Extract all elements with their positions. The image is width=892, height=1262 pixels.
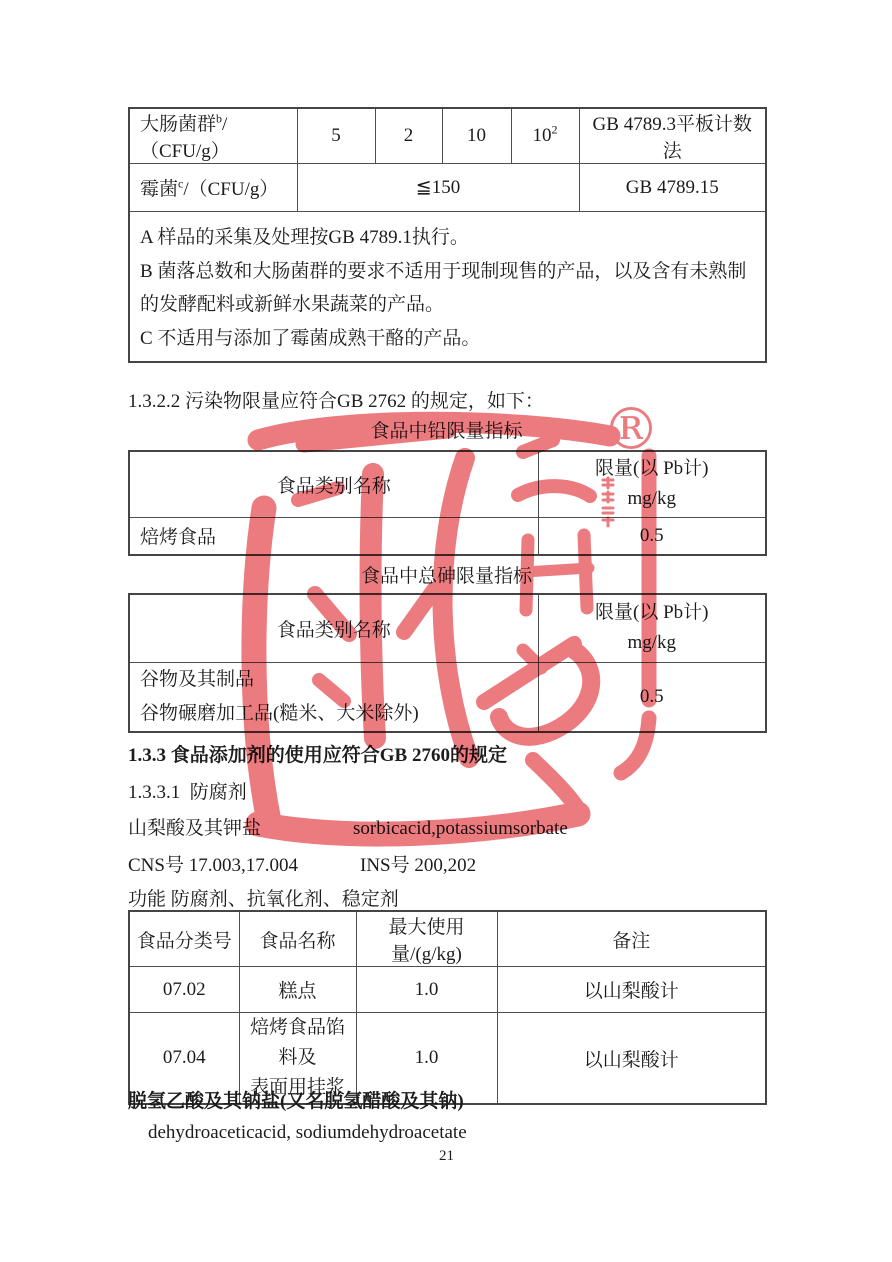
lead-table-title: 食品中铅限量指标 <box>128 416 765 443</box>
table-row: 大肠菌群b/（CFU/g） 5 2 10 102 GB 4789.3平板计数法 <box>129 108 766 164</box>
micro-row2-method: GB 4789.15 <box>579 164 766 212</box>
document-page: 大肠菌群b/（CFU/g） 5 2 10 102 GB 4789.3平板计数法 … <box>0 0 892 1262</box>
micro-row1-M-cell: 102 <box>511 108 579 164</box>
usage-row1-note: 以山梨酸计 <box>497 967 766 1013</box>
table-row: 07.02 糕点 1.0 以山梨酸计 <box>129 967 766 1013</box>
micro-note-b: B 菌落总数和大肠菌群的要求不适用于现制现售的产品，以及含有未熟制的发酵配料或新… <box>140 255 755 322</box>
lead-col2-header-line2: mg/kg <box>545 484 760 514</box>
micro-row1-c: 2 <box>375 108 442 164</box>
section-heading-additives: 1.3.3 食品添加剂的使用应符合GB 2760的规定 <box>128 740 507 767</box>
lead-row-value: 0.5 <box>538 517 766 555</box>
arsenic-col2-header-line1: 限量(以 Pb计) <box>545 598 760 628</box>
table-header-row: 食品分类号 食品名称 最大使用量/(g/kg) 备注 <box>129 911 766 967</box>
micro-notes-cell: A 样品的采集及处理按GB 4789.1执行。 B 菌落总数和大肠菌群的要求不适… <box>129 212 766 363</box>
micro-row2-label-suffix: /（CFU/g） <box>183 179 278 200</box>
micro-note-c: C 不适用与添加了霉菌成熟干酪的产品。 <box>140 322 755 356</box>
usage-row1-name: 糕点 <box>239 967 356 1013</box>
table-row: 食品类别名称 限量(以 Pb计) mg/kg <box>129 451 766 517</box>
lead-row-category: 焙烤食品 <box>129 517 538 555</box>
arsenic-col2-header: 限量(以 Pb计) mg/kg <box>538 594 766 662</box>
micro-row1-method: GB 4789.3平板计数法 <box>579 108 766 164</box>
table-row: A 样品的采集及处理按GB 4789.1执行。 B 菌落总数和大肠菌群的要求不适… <box>129 212 766 363</box>
page-number: 21 <box>128 1148 765 1165</box>
micro-row2-label: 霉菌 <box>140 179 178 200</box>
subsection-preservatives: 1.3.3.1 防腐剂 <box>128 777 247 804</box>
usage-row1-code: 07.02 <box>129 967 239 1013</box>
arsenic-table-title: 食品中总砷限量指标 <box>128 561 765 588</box>
usage-header-max: 最大使用量/(g/kg) <box>356 911 497 967</box>
micro-results-table: 大肠菌群b/（CFU/g） 5 2 10 102 GB 4789.3平板计数法 … <box>128 107 767 363</box>
usage-header-note: 备注 <box>497 911 766 967</box>
sorbic-name-en: sorbicacid,potassiumsorbate <box>353 818 568 839</box>
lead-col1-header: 食品类别名称 <box>129 451 538 517</box>
table-row: 谷物及其制品 谷物碾磨加工品(糙米、大米除外) 0.5 <box>129 662 766 732</box>
micro-row2-value: ≦150 <box>297 164 579 212</box>
arsenic-col2-header-line2: mg/kg <box>545 628 760 658</box>
additive-usage-table: 食品分类号 食品名称 最大使用量/(g/kg) 备注 07.02 糕点 1.0 … <box>128 910 767 1105</box>
cns-number: CNS号 17.003,17.004 <box>128 850 360 877</box>
table-row: 食品类别名称 限量(以 Pb计) mg/kg <box>129 594 766 662</box>
function-line: 功能 防腐剂、抗氧化剂、稳定剂 <box>128 884 399 911</box>
ins-number: INS号 200,202 <box>360 855 476 876</box>
micro-row1-m: 10 <box>442 108 511 164</box>
table-row: 霉菌c/（CFU/g） ≦150 GB 4789.15 <box>129 164 766 212</box>
micro-row1-n: 5 <box>297 108 375 164</box>
lead-limit-table: 食品类别名称 限量(以 Pb计) mg/kg 焙烤食品 0.5 <box>128 450 767 556</box>
arsenic-row-category-line1: 谷物及其制品 <box>140 663 532 697</box>
micro-row2-label-cell: 霉菌c/（CFU/g） <box>129 164 297 212</box>
section-heading-contaminants: 1.3.2.2 污染物限量应符合GB 2762 的规定，如下： <box>128 386 544 413</box>
usage-row1-max: 1.0 <box>356 967 497 1013</box>
micro-row1-M-sup: 2 <box>552 123 558 137</box>
arsenic-row-category-line2: 谷物碾磨加工品(糙米、大米除外) <box>140 697 532 731</box>
usage-header-code: 食品分类号 <box>129 911 239 967</box>
dha-name-en: dehydroaceticacid, sodiumdehydroacetate <box>148 1122 467 1144</box>
micro-row1-label: 大肠菌群 <box>140 114 216 135</box>
usage-header-name: 食品名称 <box>239 911 356 967</box>
arsenic-col1-header: 食品类别名称 <box>129 594 538 662</box>
micro-row1-label-cell: 大肠菌群b/（CFU/g） <box>129 108 297 164</box>
lead-col2-header-line1: 限量(以 Pb计) <box>545 454 760 484</box>
arsenic-row-category: 谷物及其制品 谷物碾磨加工品(糙米、大米除外) <box>129 662 538 732</box>
usage-row2-note: 以山梨酸计 <box>497 1013 766 1105</box>
table-row: 焙烤食品 0.5 <box>129 517 766 555</box>
sorbic-line: 山梨酸及其钾盐sorbicacid,potassiumsorbate <box>128 813 568 840</box>
sorbic-name: 山梨酸及其钾盐 <box>128 813 353 840</box>
arsenic-row-value: 0.5 <box>538 662 766 732</box>
usage-row2-name-line1: 焙烤食品馅料及 <box>246 1013 350 1073</box>
cns-ins-line: CNS号 17.003,17.004INS号 200,202 <box>128 850 476 877</box>
dha-name: 脱氢乙酸及其钠盐(又名脱氢醋酸及其钠) <box>128 1086 464 1113</box>
micro-note-a: A 样品的采集及处理按GB 4789.1执行。 <box>140 221 755 255</box>
micro-row1-M: 10 <box>533 125 552 146</box>
lead-col2-header: 限量(以 Pb计) mg/kg <box>538 451 766 517</box>
arsenic-limit-table: 食品类别名称 限量(以 Pb计) mg/kg 谷物及其制品 谷物碾磨加工品(糙米… <box>128 593 767 733</box>
